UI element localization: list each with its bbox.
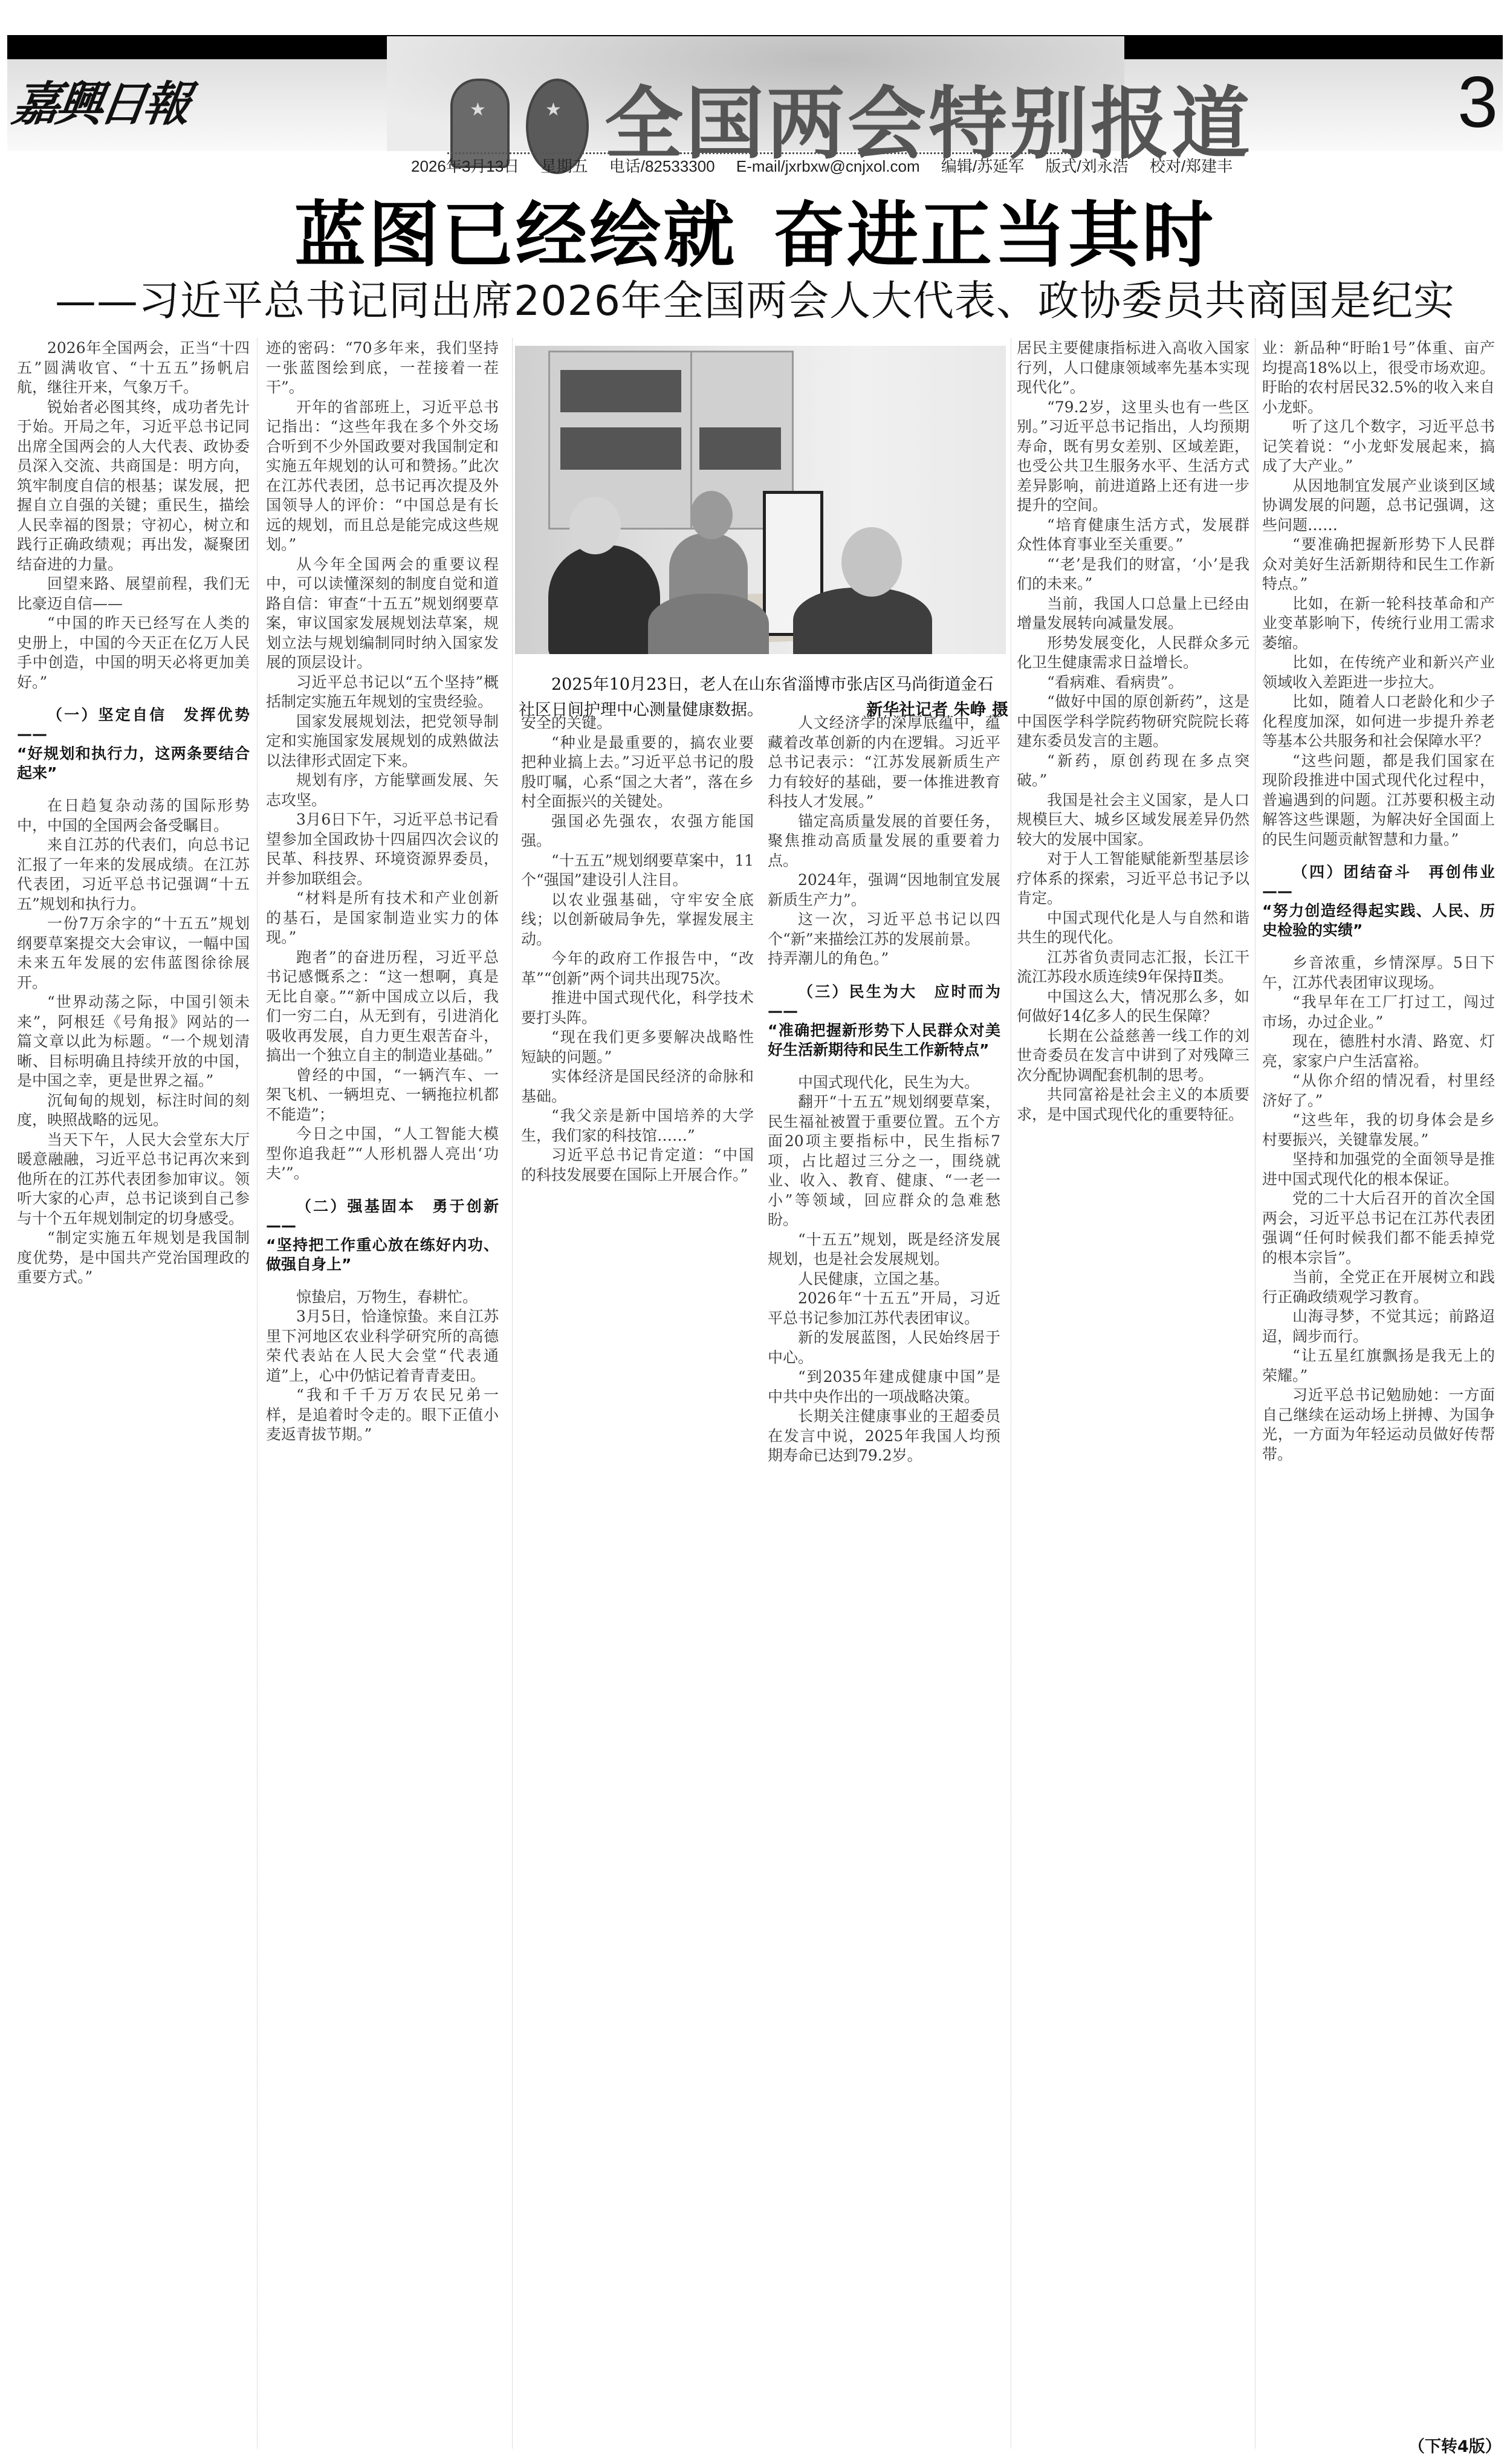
paragraph: “我父亲是新中国培养的大学生，我们家的科技馆……” xyxy=(521,1106,754,1146)
paragraph: 人民健康，立国之基。 xyxy=(768,1269,1000,1289)
paragraph: 中国式现代化是人与自然和谐共生的现代化。 xyxy=(1017,909,1249,948)
paragraph: 2026年“十五五”开局，习近平总书记参加江苏代表团审议。 xyxy=(768,1289,1000,1328)
paragraph: 3月5日，恰逢惊蛰。来自江苏里下河地区农业科学研究所的高德荣代表站在人民大会堂“… xyxy=(266,1307,499,1386)
paragraph: “让五星红旗飘扬是我无上的荣耀。” xyxy=(1262,1346,1495,1386)
page-number: 3 xyxy=(1457,60,1498,144)
paragraph: 沉甸甸的规划，标注时间的刻度，映照战略的远见。 xyxy=(17,1091,250,1130)
column-divider xyxy=(512,339,513,2448)
paragraph: 江苏省负责同志汇报，长江干流江苏段水质连续9年保持Ⅱ类。 xyxy=(1017,948,1249,987)
paragraph: “这些年，我的切身体会是乡村要振兴，关键靠发展。” xyxy=(1262,1110,1495,1150)
paragraph: 当天下午，人民大会堂东大厅暖意融融，习近平总书记再次来到他所在的江苏代表团参加审… xyxy=(17,1130,250,1229)
paragraph: “这些问题，都是我们国家在现阶段推进中国式现代化过程中，普遍遇到的问题。江苏要积… xyxy=(1262,751,1495,850)
paragraph: “看病难、看病贵”。 xyxy=(1017,673,1249,693)
paragraph: “要准确把握新形势下人民群众对美好生活新期待和民生工作新特点。” xyxy=(1262,535,1495,594)
paragraph: “十五五”规划纲要草案中，11个“强国”建设引人注目。 xyxy=(521,851,754,890)
paragraph: “做好中国的原创新药”，这是中国医学科学院药物研究院院长蒋建东委员发言的主题。 xyxy=(1017,692,1249,751)
email: E-mail/jxrbxw@cnjxol.com xyxy=(736,157,920,175)
paragraph: 比如，在传统产业和新兴产业领域收入差距进一步拉大。 xyxy=(1262,653,1495,692)
paragraph: “种业是最重要的，搞农业要把种业搞上去。”习近平总书记的殷殷叮嘱，心系“国之大者… xyxy=(521,733,754,812)
paragraph: 比如，在新一轮科技革命和产业变革影响下，传统行业用工需求萎缩。 xyxy=(1262,594,1495,653)
paragraph: 长期在公益慈善一线工作的刘世奇委员在发言中讲到了对残障三次分配协调配套机制的思考… xyxy=(1017,1026,1249,1086)
paragraph: “材料是所有技术和产业创新的基石，是国家制造业实力的体现。” xyxy=(266,889,499,948)
paragraph: 党的二十大后召开的首次全国两会，习近平总书记在江苏代表团强调“任何时候我们都不能… xyxy=(1262,1189,1495,1268)
paragraph: 2024年，强调“因地制宜发展新质生产力”。 xyxy=(768,871,1000,910)
paragraph: 持弄潮儿的角色。” xyxy=(768,949,1000,969)
paragraph: 当前，我国人口总量上已经由增量发展转向减量发展。 xyxy=(1017,594,1249,634)
paragraph: 曾经的中国，“一辆汽车、一架飞机、一辆坦克、一辆拖拉机都不能造”； xyxy=(266,1066,499,1125)
paragraph: 国家发展规划法，把党领导制定和实施国家发展规划的成熟做法以法律形式固定下来。 xyxy=(266,712,499,771)
paragraph: 中国这么大，情况那么多，如何做好14亿多人的民生保障？ xyxy=(1017,987,1249,1026)
paragraph: 来自江苏的代表们，向总书记汇报了一年来的发展成绩。在江苏代表团，习近平总书记强调… xyxy=(17,835,250,914)
paragraph: 坚持和加强党的全面领导是推进中国式现代化的根本保证。 xyxy=(1262,1150,1495,1189)
article-column-3: 安全的关键。 “种业是最重要的，搞农业要把种业搞上去。”习近平总书记的殷殷叮嘱，… xyxy=(521,713,754,2442)
proofreader: 校对/郑建丰 xyxy=(1150,157,1233,175)
issue-date: 2026年3月13日 xyxy=(411,157,519,175)
article-column-1: 2026年全国两会，正当“十四五”圆满收官、“十五五”扬帆启航，继往开来，气象万… xyxy=(17,339,250,2442)
paragraph: 规划有序，方能擘画发展、矢志攻坚。 xyxy=(266,771,499,810)
column-divider xyxy=(257,339,258,2448)
paragraph: “从你介绍的情况看，村里经济好了。” xyxy=(1262,1071,1495,1110)
phone: 电话/82533300 xyxy=(609,157,715,175)
paragraph: 锚定高质量发展的首要任务，聚焦推动高质量发展的重要着力点。 xyxy=(768,812,1000,871)
paragraph: “‘老’是我们的财富，‘小’是我们的未来。” xyxy=(1017,555,1249,594)
paragraph: 以农业强基础，守牢安全底线；以创新破局争先，掌握发展主动。 xyxy=(521,890,754,950)
paragraph: 业：新品种“盱眙1号”体重、亩产均提高18%以上，很受市场欢迎。盱眙的农村居民3… xyxy=(1262,339,1495,417)
article-column-2: 迹的密码：“70多年来，我们坚持一张蓝图绘到底，一茬接着一茬干”。 开年的省部班… xyxy=(266,339,499,2442)
paragraph: 惊蛰启，万物生，春耕忙。 xyxy=(266,1288,499,1308)
paragraph: 习近平总书记肯定道：“中国的科技发展要在国际上开展合作。” xyxy=(521,1146,754,1185)
banner-title: 全国两会特别报道 xyxy=(604,85,1252,163)
paragraph: 今年的政府工作报告中，“改革”“创新”两个词共出现75次。 xyxy=(521,949,754,988)
paragraph: 听了这几个数字，习近平总书记笑着说：“小龙虾发展起来，搞成了大产业。” xyxy=(1262,417,1495,476)
headline-part-1: 蓝图已经绘就 xyxy=(294,193,737,277)
paragraph: 长期关注健康事业的王超委员在发言中说，2025年我国人均预期寿命已达到79.2岁… xyxy=(768,1407,1000,1466)
paragraph: 人文经济学的深厚底蕴中，蕴藏着改革创新的内在逻辑。习近平总书记表示：“江苏发展新… xyxy=(768,713,1000,812)
subheadline: ——习近平总书记同出席2026年全国两会人大代表、政协委员共商国是纪实 xyxy=(0,281,1510,322)
newspaper-logo: 嘉興日報 xyxy=(8,66,192,134)
paragraph: “到2035年建成健康中国”是中共中央作出的一项战略决策。 xyxy=(768,1367,1000,1407)
paragraph: “我和千千万万农民兄弟一样，是追着时令走的。眼下正值小麦返青拔节期。” xyxy=(266,1386,499,1445)
paragraph: “制定实施五年规划是我国制度优势，是中国共产党治国理政的重要方式。” xyxy=(17,1228,250,1288)
paragraph: 跑者”的奋进历程，习近平总书记感慨系之：“这一想啊，真是无比自豪。”“新中国成立… xyxy=(266,948,499,1066)
headline: 蓝图已经绘就奋进正当其时 xyxy=(0,199,1510,271)
paragraph: 居民主要健康指标进入高收入国家行列，人口健康领域率先基本实现现代化”。 xyxy=(1017,339,1249,398)
layout-designer: 版式/刘永浩 xyxy=(1045,157,1128,175)
paragraph: 开年的省部班上，习近平总书记指出：“这些年我在多个外交场合听到不少外国政要对我国… xyxy=(266,398,499,555)
paragraph: 形势发展变化，人民群众多元化卫生健康需求日益增长。 xyxy=(1017,634,1249,673)
section-heading-3: （三）民生为大 应时而为——“准确把握新形势下人民群众对美好生活新期待和民生工作… xyxy=(768,982,1000,1060)
paragraph: 安全的关键。 xyxy=(521,713,754,733)
paragraph: 从因地制宜发展产业谈到区域协调发展的问题，总书记强调，这些问题…… xyxy=(1262,476,1495,536)
editor: 编辑/苏延军 xyxy=(941,157,1024,175)
paragraph: “79.2岁，这里头也有一些区别。”习近平总书记指出，人均预期寿命，既有男女差别… xyxy=(1017,398,1249,516)
paragraph: “新药，原创药现在多点突破。” xyxy=(1017,751,1249,791)
paragraph: “培育健康生活方式，发展群众性体育事业至关重要。” xyxy=(1017,516,1249,555)
paragraph: 从今年全国两会的重要议程中，可以读懂深刻的制度自觉和道路自信：审查“十五五”规划… xyxy=(266,555,499,673)
paragraph: “世界动荡之际，中国引领未来”，阿根廷《号角报》网站的一篇文章以此为标题。“一个… xyxy=(17,993,250,1091)
paragraph: 推进中国式现代化，科学技术要打头阵。 xyxy=(521,988,754,1028)
paragraph: 这一次，习近平总书记以四个“新”来描绘江苏的发展前景。 xyxy=(768,910,1000,949)
column-divider xyxy=(1011,339,1011,2448)
paragraph: 一份7万余字的“十五五”规划纲要草案提交大会审议，一幅中国未来五年发展的宏伟蓝图… xyxy=(17,914,250,993)
article-column-5: 居民主要健康指标进入高收入国家行列，人口健康领域率先基本实现现代化”。 “79.… xyxy=(1017,339,1249,2442)
paragraph: “十五五”规划，既是经济发展规划，也是社会发展规划。 xyxy=(768,1230,1000,1269)
column-divider xyxy=(1255,339,1256,2448)
article-column-4: 人文经济学的深厚底蕴中，蕴藏着改革创新的内在逻辑。习近平总书记表示：“江苏发展新… xyxy=(768,713,1000,2442)
article-column-6: 业：新品种“盱眙1号”体重、亩产均提高18%以上，很受市场欢迎。盱眙的农村居民3… xyxy=(1262,339,1495,2442)
paragraph: 锐始者必图其终，成功者先计于始。开局之年，习近平总书记同出席全国两会的人大代表、… xyxy=(17,398,250,575)
paragraph: 共同富裕是社会主义的本质要求，是中国式现代化的重要特征。 xyxy=(1017,1085,1249,1124)
paragraph: “中国的昨天已经写在人类的史册上，中国的今天正在亿万人民手中创造，中国的明天必将… xyxy=(17,614,250,692)
section-heading-1: （一）坚定自信 发挥优势——“好规划和执行力，这两条要结合起来” xyxy=(17,705,250,783)
paragraph: 新的发展蓝图，人民始终居于中心。 xyxy=(768,1328,1000,1367)
paragraph: 2026年全国两会，正当“十四五”圆满收官、“十五五”扬帆启航，继往开来，气象万… xyxy=(17,339,250,398)
paragraph: 山海寻梦，不觉其远；前路迢迢，阔步而行。 xyxy=(1262,1307,1495,1346)
paragraph: 迹的密码：“70多年来，我们坚持一张蓝图绘到底，一茬接着一茬干”。 xyxy=(266,339,499,398)
paragraph: 当前，全党正在开展树立和践行正确政绩观学习教育。 xyxy=(1262,1268,1495,1307)
paragraph: 在日趋复杂动荡的国际形势中，中国的全国两会备受瞩目。 xyxy=(17,796,250,835)
paragraph: 今日之中国，“人工智能大模型你追我赶”“人形机器人亮出‘功夫’”。 xyxy=(266,1124,499,1184)
news-photo xyxy=(515,346,1006,654)
paragraph: 回望来路、展望前程，我们无比豪迈自信—— xyxy=(17,574,250,614)
paragraph: 乡音浓重，乡情深厚。5日下午，江苏代表团审议现场。 xyxy=(1262,953,1495,993)
continued-on-page-4[interactable]: （下转4版） xyxy=(1408,2433,1502,2457)
headline-part-2: 奋进正当其时 xyxy=(773,193,1216,277)
paragraph: 对于人工智能赋能新型基层诊疗体系的探索，习近平总书记予以肯定。 xyxy=(1017,849,1249,909)
paragraph: 比如，随着人口老龄化和少子化程度加深，如何进一步提升养老等基本公共服务和社会保障… xyxy=(1262,692,1495,751)
paragraph: “现在我们更多要解决战略性短缺的问题。” xyxy=(521,1028,754,1067)
dateline: 2026年3月13日 星期五 电话/82533300 E-mail/jxrbxw… xyxy=(411,154,1197,172)
paragraph: 习近平总书记勉励她：一方面自己继续在运动场上拼搏、为国争光，一方面为年轻运动员做… xyxy=(1262,1386,1495,1464)
section-heading-2: （二）强基固本 勇于创新——“坚持把工作重心放在练好内功、做强自身上” xyxy=(266,1197,499,1274)
issue-weekday: 星期五 xyxy=(540,157,588,175)
paragraph: “我早年在工厂打过工，闯过市场，办过企业。” xyxy=(1262,993,1495,1032)
paragraph: 中国式现代化，民生为大。 xyxy=(768,1073,1000,1093)
paragraph: 现在，德胜村水清、路宽、灯亮，家家户户生活富裕。 xyxy=(1262,1032,1495,1071)
paragraph: 3月6日下午，习近平总书记看望参加全国政协十四届四次会议的民革、科技界、环境资源… xyxy=(266,810,499,889)
paragraph: 习近平总书记以“五个坚持”概括制定实施五年规划的宝贵经验。 xyxy=(266,673,499,712)
paragraph: 翻开“十五五”规划纲要草案，民生福祉被置于重要位置。五个方面20项主要指标中，民… xyxy=(768,1092,1000,1230)
paragraph: 强国必先强农，农强方能国强。 xyxy=(521,812,754,851)
section-heading-4: （四）团结奋斗 再创伟业——“努力创造经得起实践、人民、历史检验的实绩” xyxy=(1262,863,1495,940)
paragraph: 实体经济是国民经济的命脉和基础。 xyxy=(521,1067,754,1106)
paragraph: 我国是社会主义国家，是人口规模巨大、城乡区域发展差异仍然较大的发展中国家。 xyxy=(1017,791,1249,850)
